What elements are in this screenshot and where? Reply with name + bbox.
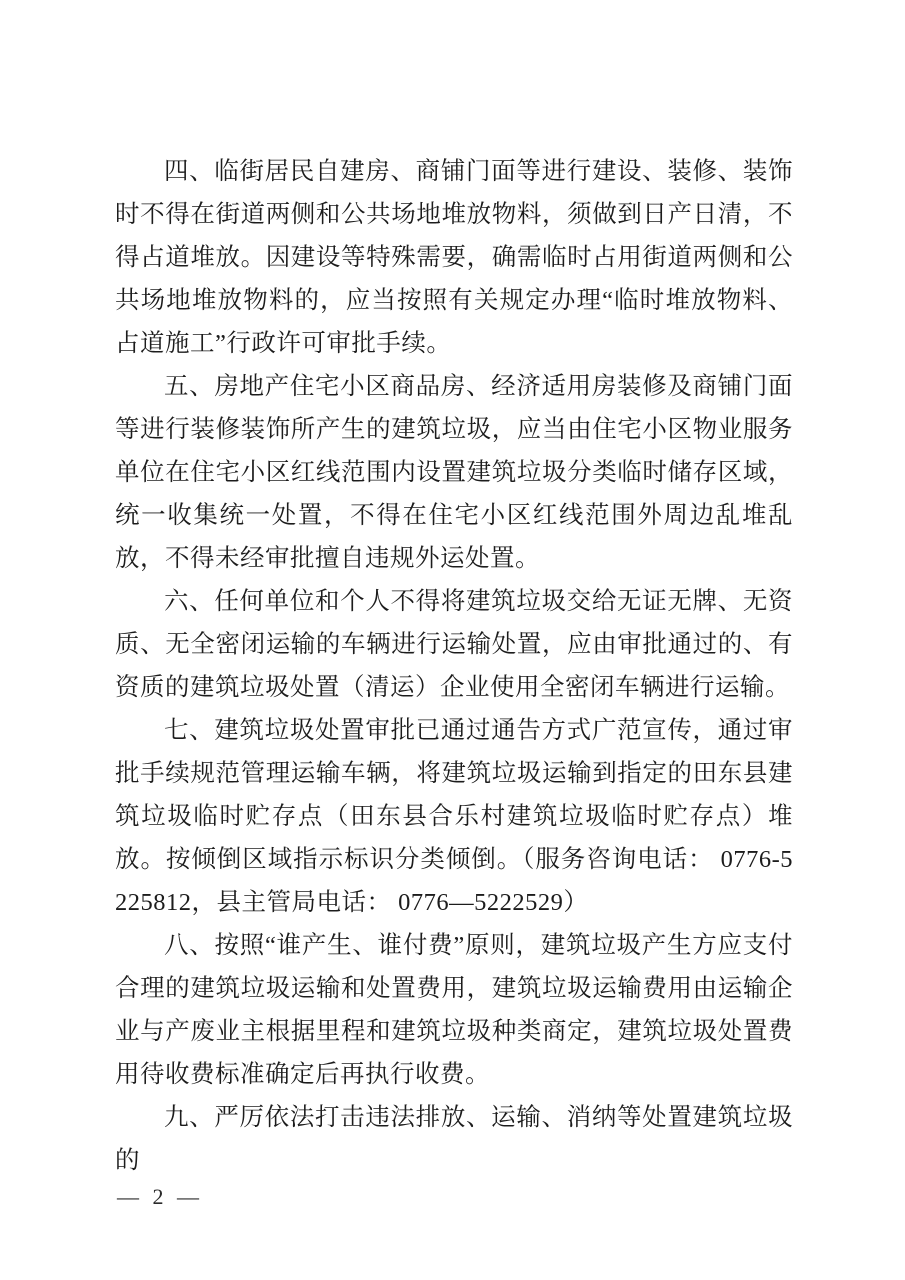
paragraph: 九、严厉依法打击违法排放、运输、消纳等处置建筑垃圾的 [115, 1096, 793, 1182]
page-footer: — 2 — [117, 1184, 203, 1210]
paragraph: 四、临街居民自建房、商铺门面等进行建设、装修、装饰时不得在街道两侧和公共场地堆放… [115, 150, 793, 365]
paragraph: 六、任何单位和个人不得将建筑垃圾交给无证无牌、无资质、无全密闭运输的车辆进行运输… [115, 580, 793, 709]
document-page: 四、临街居民自建房、商铺门面等进行建设、装修、装饰时不得在街道两侧和公共场地堆放… [0, 0, 905, 1280]
paragraph: 八、按照“谁产生、谁付费”原则，建筑垃圾产生方应支付合理的建筑垃圾运输和处置费用… [115, 924, 793, 1096]
page-number: — 2 — [117, 1184, 203, 1209]
paragraph: 五、房地产住宅小区商品房、经济适用房装修及商铺门面等进行装修装饰所产生的建筑垃圾… [115, 365, 793, 580]
paragraph: 七、建筑垃圾处置审批已通过通告方式广范宣传，通过审批手续规范管理运输车辆，将建筑… [115, 709, 793, 924]
document-body: 四、临街居民自建房、商铺门面等进行建设、装修、装饰时不得在街道两侧和公共场地堆放… [115, 150, 793, 1182]
